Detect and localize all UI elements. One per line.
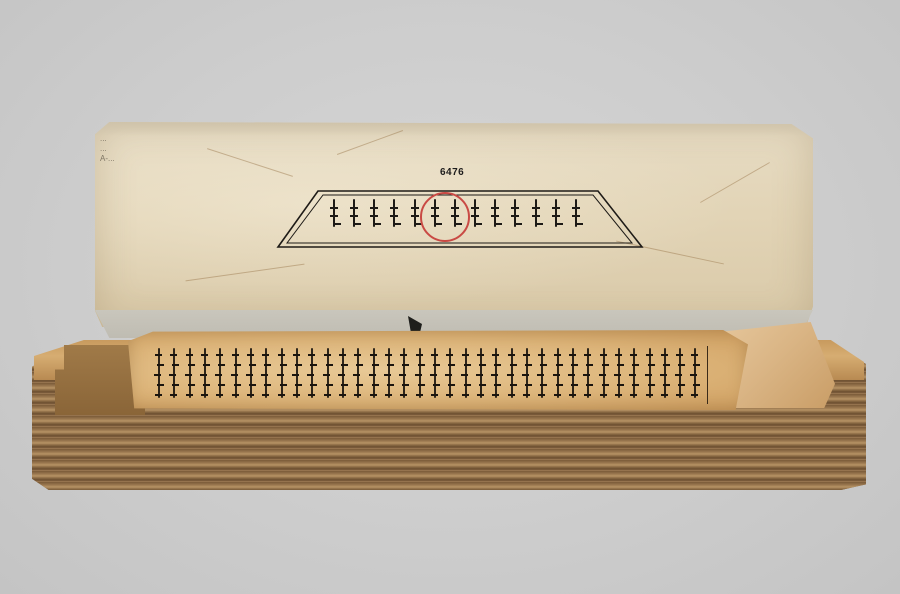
text-column (493, 346, 499, 400)
text-column (371, 346, 377, 400)
text-column (509, 346, 515, 400)
red-seal-circle (420, 192, 470, 242)
text-column (601, 346, 607, 400)
script-column (511, 199, 519, 227)
text-column (524, 346, 530, 400)
script-column (370, 199, 378, 227)
text-column (478, 346, 484, 400)
text-column (187, 346, 193, 400)
text-column (248, 346, 254, 400)
text-column (417, 346, 423, 400)
leaf-text-block (148, 346, 708, 404)
script-column (471, 199, 479, 227)
cover-crack (207, 148, 293, 177)
text-column (294, 346, 300, 400)
text-column (386, 346, 392, 400)
text-column (570, 346, 576, 400)
text-column (355, 346, 361, 400)
shelfmark-annotation: ... ... A-... (100, 134, 180, 164)
text-column (156, 346, 162, 400)
text-column (677, 346, 683, 400)
text-column (585, 346, 591, 400)
text-column (279, 346, 285, 400)
script-column (411, 199, 419, 227)
title-cartouche (270, 185, 650, 255)
script-column (572, 199, 580, 227)
cover-crack (186, 264, 305, 282)
text-column (340, 346, 346, 400)
manuscript-photo: ... ... A-... 6476 (0, 0, 900, 594)
text-column (432, 346, 438, 400)
text-column (631, 346, 637, 400)
text-column (463, 346, 469, 400)
text-column (401, 346, 407, 400)
text-column (325, 346, 331, 400)
text-column (309, 346, 315, 400)
text-column (263, 346, 269, 400)
shelfmark-line: A-... (100, 154, 180, 164)
script-column (491, 199, 499, 227)
cover-crack (337, 130, 403, 155)
catalog-number: 6476 (440, 167, 464, 178)
text-column (171, 346, 177, 400)
text-column (616, 346, 622, 400)
text-column (233, 346, 239, 400)
script-column (350, 199, 358, 227)
shelfmark-line: ... (100, 144, 180, 154)
text-column (447, 346, 453, 400)
text-column (202, 346, 208, 400)
cover-crack (700, 162, 770, 203)
text-column (217, 346, 223, 400)
text-column (662, 346, 668, 400)
shelfmark-line: ... (100, 134, 180, 144)
script-column (552, 199, 560, 227)
script-column (330, 199, 338, 227)
text-column (692, 346, 698, 400)
script-column (390, 199, 398, 227)
text-column (647, 346, 653, 400)
text-column (555, 346, 561, 400)
text-column (539, 346, 545, 400)
script-column (532, 199, 540, 227)
